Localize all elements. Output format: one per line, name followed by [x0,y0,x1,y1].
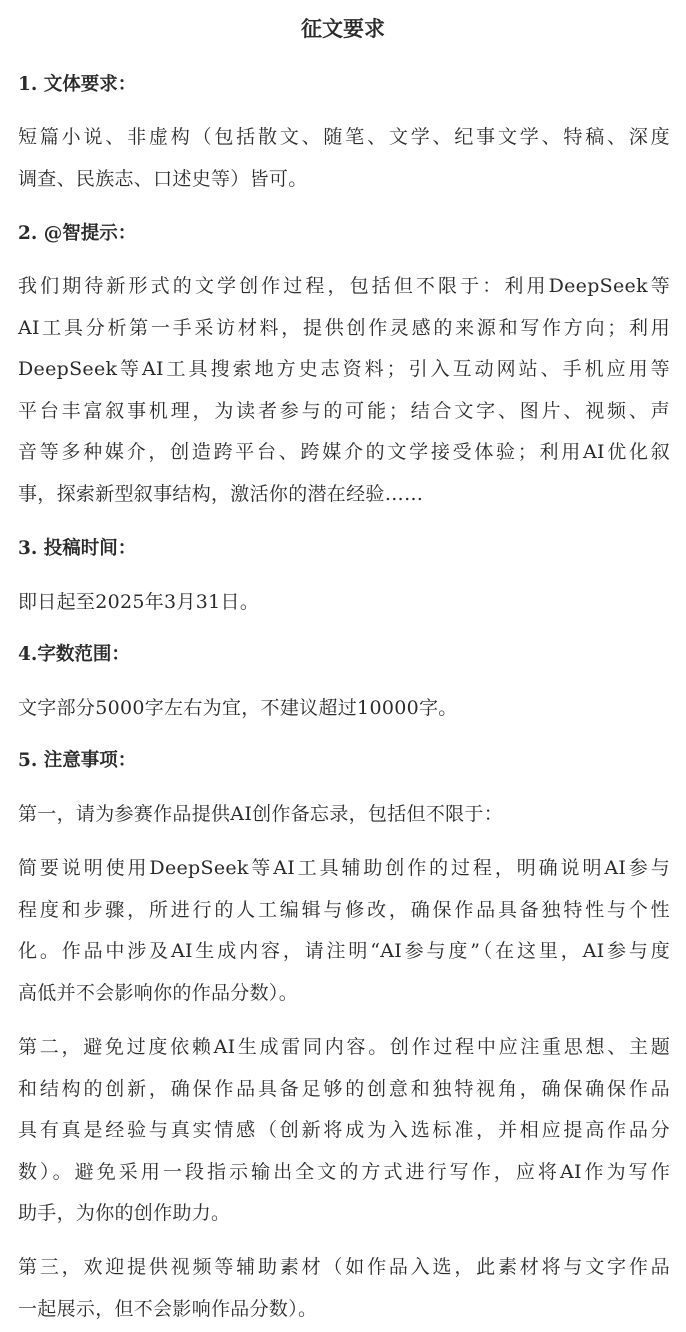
text-line: 第一，请为参赛作品提供AI创作备忘录，包括但不限于： [18,794,670,836]
text-line: 化。作品中涉及AI生成内容，请注明“AI参与度”（在这里，AI参与度 [18,931,670,973]
text-line: 短篇小说、非虚构（包括散文、随笔、文学、纪事文学、特稿、深度 [18,117,670,159]
text-line: 平台丰富叙事机理，为读者参与的可能；结合文字、图片、视频、声 [18,391,670,433]
text-line: AI工具分析第一手采访材料，提供创作灵感的来源和写作方向；利用 [18,308,670,350]
text-line: 简要说明使用DeepSeek等AI工具辅助创作的过程，明确说明AI参与 [18,848,670,890]
section-2-body: 我们期待新形式的文学创作过程，包括但不限于：利用DeepSeek等 AI工具分析… [18,266,670,515]
text-line: 高低并不会影响你的作品分数）。 [18,973,670,1015]
text-line: 和结构的创新，确保作品具备足够的创意和独特视角，确保确保作品 [18,1069,670,1111]
section-4-heading: 4.字数范围： [18,642,130,668]
section-3-body: 即日起至2025年3月31日。 [18,582,670,624]
text-line: 第二，避免过度依赖AI生成雷同内容。创作过程中应注重思想、主题 [18,1027,670,1069]
section-1-heading: 1. 文体要求： [18,72,136,98]
text-line: 我们期待新形式的文学创作过程，包括但不限于：利用DeepSeek等 [18,266,670,308]
text-line: 调查、民族志、口述史等）皆可。 [18,159,670,201]
section-4-body: 文字部分5000字左右为宜，不建议超过10000字。 [18,688,670,730]
page-title: 征文要求 [0,14,686,44]
text-line: 一起展示，但不会影响作品分数）。 [18,1289,670,1331]
text-line: 数）。避免采用一段指示输出全文的方式进行写作，应将AI作为写作 [18,1152,670,1194]
section-5-heading: 5. 注意事项： [18,748,136,774]
text-line: 音等多种媒介，创造跨平台、跨媒介的文学接受体验；利用AI优化叙 [18,432,670,474]
text-line: 助手，为你的创作助力。 [18,1193,670,1235]
section-2-heading: 2. @智提示： [18,221,136,247]
text-line: 具有真是经验与真实情感（创新将成为入选标准，并相应提高作品分 [18,1110,670,1152]
section-5-note-2: 第二，避免过度依赖AI生成雷同内容。创作过程中应注重思想、主题 和结构的创新，确… [18,1027,670,1235]
text-line: 事，探索新型叙事结构，激活你的潜在经验…… [18,474,670,516]
text-line: 第三，欢迎提供视频等辅助素材（如作品入选，此素材将与文字作品 [18,1247,670,1289]
section-5-note-1-intro: 第一，请为参赛作品提供AI创作备忘录，包括但不限于： [18,794,670,836]
section-3-heading: 3. 投稿时间： [18,536,136,562]
text-line: DeepSeek等AI工具搜索地方史志资料；引入互动网站、手机应用等 [18,349,670,391]
section-5-note-1-detail: 简要说明使用DeepSeek等AI工具辅助创作的过程，明确说明AI参与 程度和步… [18,848,670,1014]
text-line: 文字部分5000字左右为宜，不建议超过10000字。 [18,688,670,730]
section-1-body: 短篇小说、非虚构（包括散文、随笔、文学、纪事文学、特稿、深度 调查、民族志、口述… [18,117,670,200]
text-line: 即日起至2025年3月31日。 [18,582,670,624]
text-line: 程度和步骤，所进行的人工编辑与修改，确保作品具备独特性与个性 [18,890,670,932]
document-page: 征文要求 1. 文体要求： 短篇小说、非虚构（包括散文、随笔、文学、纪事文学、特… [0,0,686,1332]
section-5-note-3: 第三，欢迎提供视频等辅助素材（如作品入选，此素材将与文字作品 一起展示，但不会影… [18,1247,670,1330]
